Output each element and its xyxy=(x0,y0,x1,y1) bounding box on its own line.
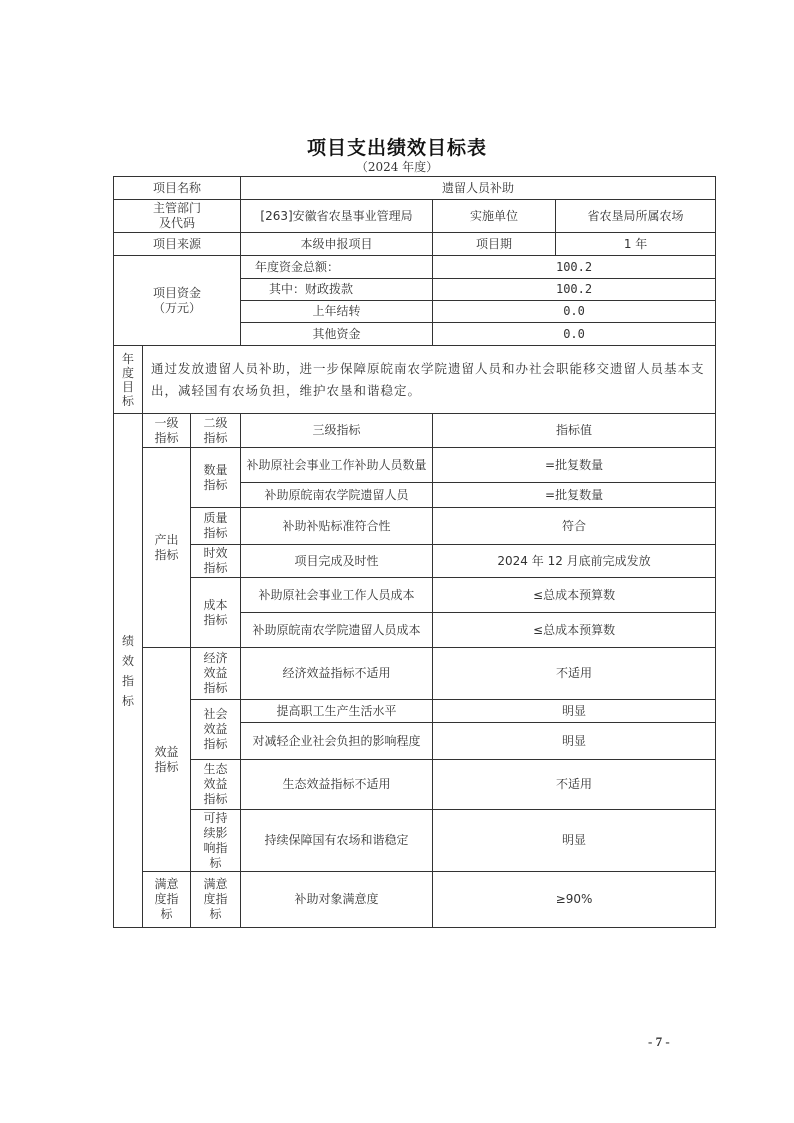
level2-sustainable: 可持续影响指标 xyxy=(191,810,241,872)
header-level2-text: 二级指标 xyxy=(202,416,230,446)
indicator-value: =批复数量 xyxy=(433,448,716,483)
indicator-value: 明显 xyxy=(433,723,716,760)
funding-row-label: 其他资金 xyxy=(241,323,433,346)
performance-section-label: 绩效指标 xyxy=(114,414,143,928)
project-name-value: 遗留人员补助 xyxy=(241,177,716,200)
level1-satisfaction: 满意度指标 xyxy=(143,872,191,928)
funding-row-label: 其中：财政拨款 xyxy=(241,279,433,301)
level2-social: 社会效益指标 xyxy=(191,700,241,760)
level3-name: 生态效益指标不适用 xyxy=(241,760,433,810)
funding-label: 项目资金 （万元） xyxy=(114,256,241,346)
row-department: 主管部门 及代码 [263]安徽省农垦事业管理局 实施单位 省农垦局所属农场 xyxy=(114,200,716,233)
table-row: 质量指标 补助补贴标准符合性 符合 xyxy=(114,508,716,545)
funding-row-value: 0.0 xyxy=(433,323,716,346)
indicator-value: 2024 年 12 月底前完成发放 xyxy=(433,545,716,578)
level2-text: 质量指标 xyxy=(202,511,230,541)
page-number: - 7 - xyxy=(648,1034,670,1050)
level1-satisfaction-text: 满意度指标 xyxy=(153,877,181,922)
level2-text: 可持续影响指标 xyxy=(202,811,230,871)
source-value: 本级申报项目 xyxy=(241,233,433,256)
level2-text: 经济效益指标 xyxy=(202,651,230,696)
level1-benefit: 效益指标 xyxy=(143,648,191,872)
implementing-unit-label: 实施单位 xyxy=(433,200,556,233)
level3-name: 补助原皖南农学院遗留人员 xyxy=(241,483,433,508)
level2-satisfaction: 满意度指标 xyxy=(191,872,241,928)
header-level1: 一级指标 xyxy=(143,414,191,448)
performance-section-label-text: 绩效指标 xyxy=(122,631,135,711)
table-row: 可持续影响指标 持续保障国有农场和谐稳定 明显 xyxy=(114,810,716,872)
table-row: 产出指标 数量指标 补助原社会事业工作补助人员数量 =批复数量 xyxy=(114,448,716,483)
department-label-line2: 及代码 xyxy=(117,216,237,231)
row-source: 项目来源 本级申报项目 项目期 1 年 xyxy=(114,233,716,256)
level2-quantity: 数量指标 xyxy=(191,448,241,508)
annual-goal-label-text: 年度目标 xyxy=(122,352,135,408)
annual-goal-text: 通过发放遗留人员补助，进一步保障原皖南农学院遗留人员和办社会职能移交遗留人员基本… xyxy=(143,346,716,414)
implementing-unit-value: 省农垦局所属农场 xyxy=(556,200,716,233)
level2-quality: 质量指标 xyxy=(191,508,241,545)
level3-name: 补助补贴标准符合性 xyxy=(241,508,433,545)
indicator-value: 不适用 xyxy=(433,760,716,810)
level3-name: 补助原社会事业工作人员成本 xyxy=(241,578,433,613)
indicator-value: ≥90% xyxy=(433,872,716,928)
period-label: 项目期 xyxy=(433,233,556,256)
level2-text: 生态效益指标 xyxy=(202,762,230,807)
row-annual-goal: 年度目标 通过发放遗留人员补助，进一步保障原皖南农学院遗留人员和办社会职能移交遗… xyxy=(114,346,716,414)
level2-text: 时效指标 xyxy=(202,546,230,576)
funding-row-value: 100.2 xyxy=(433,256,716,279)
level3-name: 持续保障国有农场和谐稳定 xyxy=(241,810,433,872)
level2-economic: 经济效益指标 xyxy=(191,648,241,700)
level2-text: 成本指标 xyxy=(202,598,230,628)
level3-name: 补助对象满意度 xyxy=(241,872,433,928)
level2-text: 社会效益指标 xyxy=(202,707,230,752)
funding-row-value: 0.0 xyxy=(433,301,716,323)
level2-timeliness: 时效指标 xyxy=(191,545,241,578)
level1-output-text: 产出指标 xyxy=(153,533,181,563)
indicator-value: ≤总成本预算数 xyxy=(433,613,716,648)
funding-row-label: 上年结转 xyxy=(241,301,433,323)
table-row: 时效指标 项目完成及时性 2024 年 12 月底前完成发放 xyxy=(114,545,716,578)
level2-ecological: 生态效益指标 xyxy=(191,760,241,810)
indicator-value: ≤总成本预算数 xyxy=(433,578,716,613)
indicator-value: 不适用 xyxy=(433,648,716,700)
level3-name: 补助原社会事业工作补助人员数量 xyxy=(241,448,433,483)
header-level2: 二级指标 xyxy=(191,414,241,448)
table-row: 社会效益指标 提高职工生产生活水平 明显 xyxy=(114,700,716,723)
level3-name: 经济效益指标不适用 xyxy=(241,648,433,700)
project-name-label: 项目名称 xyxy=(114,177,241,200)
department-value: [263]安徽省农垦事业管理局 xyxy=(241,200,433,233)
row-indicator-header: 绩效指标 一级指标 二级指标 三级指标 指标值 xyxy=(114,414,716,448)
indicator-value: 符合 xyxy=(433,508,716,545)
header-level3: 三级指标 xyxy=(241,414,433,448)
level2-text: 数量指标 xyxy=(202,463,230,493)
funding-label-line1: 项目资金 xyxy=(117,286,237,301)
table-row: 成本指标 补助原社会事业工作人员成本 ≤总成本预算数 xyxy=(114,578,716,613)
page-title: 项目支出绩效目标表 xyxy=(0,133,794,160)
level1-output: 产出指标 xyxy=(143,448,191,648)
funding-row-value: 100.2 xyxy=(433,279,716,301)
table-row: 生态效益指标 生态效益指标不适用 不适用 xyxy=(114,760,716,810)
annual-goal-label: 年度目标 xyxy=(114,346,143,414)
level2-text: 满意度指标 xyxy=(202,877,230,922)
department-label-line1: 主管部门 xyxy=(117,201,237,216)
source-label: 项目来源 xyxy=(114,233,241,256)
period-value: 1 年 xyxy=(556,233,716,256)
level2-cost: 成本指标 xyxy=(191,578,241,648)
department-label: 主管部门 及代码 xyxy=(114,200,241,233)
performance-target-table: 项目名称 遗留人员补助 主管部门 及代码 [263]安徽省农垦事业管理局 实施单… xyxy=(113,176,716,928)
table-row: 效益指标 经济效益指标 经济效益指标不适用 不适用 xyxy=(114,648,716,700)
funding-row-label: 年度资金总额： xyxy=(241,256,433,279)
funding-label-line2: （万元） xyxy=(117,301,237,316)
level3-name: 补助原皖南农学院遗留人员成本 xyxy=(241,613,433,648)
level1-benefit-text: 效益指标 xyxy=(153,745,181,775)
indicator-value: 明显 xyxy=(433,810,716,872)
indicator-value: 明显 xyxy=(433,700,716,723)
row-project-name: 项目名称 遗留人员补助 xyxy=(114,177,716,200)
level3-name: 项目完成及时性 xyxy=(241,545,433,578)
header-level1-text: 一级指标 xyxy=(153,416,181,446)
indicator-value: =批复数量 xyxy=(433,483,716,508)
level3-name: 对减轻企业社会负担的影响程度 xyxy=(241,723,433,760)
header-value: 指标值 xyxy=(433,414,716,448)
table-row: 满意度指标 满意度指标 补助对象满意度 ≥90% xyxy=(114,872,716,928)
page-subtitle: （2024 年度） xyxy=(0,158,794,175)
level3-name: 提高职工生产生活水平 xyxy=(241,700,433,723)
row-funding-total: 项目资金 （万元） 年度资金总额： 100.2 xyxy=(114,256,716,279)
